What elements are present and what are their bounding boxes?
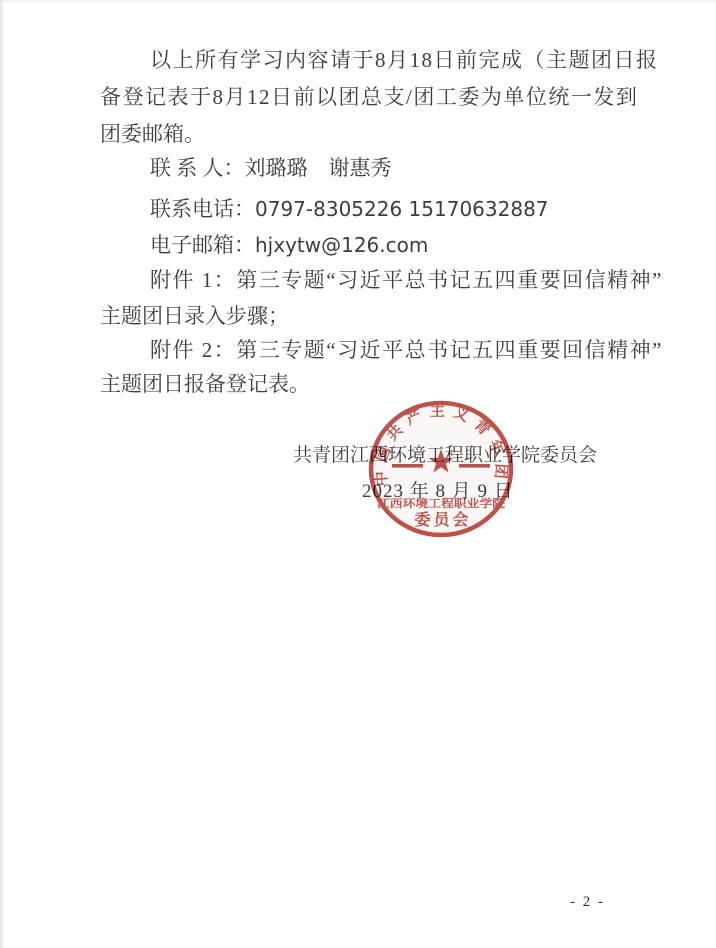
contact-email-value: hjxytw@126.com	[255, 233, 428, 257]
contact-email-row: 电子邮箱：hjxytw@126.com	[150, 232, 428, 258]
contact-person-row: 联 系 人：刘璐璐 谢惠秀	[150, 155, 392, 181]
attachment1-line1: 附件 1：第三专题“习近平总书记五四重要回信精神”	[150, 267, 663, 293]
paragraph1-line3: 团委邮箱。	[100, 121, 205, 147]
paragraph1-line2: 备登记表于8月12日前以团总支/团工委为单位统一发到	[100, 84, 638, 110]
attachment1-line2: 主题团日录入步骤；	[100, 303, 289, 329]
contact-email-label: 电子邮箱：	[150, 233, 255, 257]
document-page: 以上所有学习内容请于8月18日前完成（主题团日报 备登记表于8月12日前以团总支…	[0, 0, 716, 948]
page-number: - 2 -	[570, 894, 605, 911]
seal-committee-text: 委员会	[414, 510, 471, 529]
attachment2-line1: 附件 2：第三专题“习近平总书记五四重要回信精神”	[150, 337, 663, 363]
contact-person-label: 联 系 人：	[150, 156, 245, 180]
contact-phone-value: 0797-8305226 15170632887	[255, 197, 549, 221]
contact-phone-label: 联系电话：	[150, 197, 255, 221]
contact-phone-row: 联系电话：0797-8305226 15170632887	[150, 196, 549, 222]
attachment2-line2: 主题团日报备登记表。	[100, 371, 310, 397]
paragraph1-line1: 以上所有学习内容请于8月18日前完成（主题团日报	[150, 47, 659, 73]
seal-right-bar	[459, 464, 490, 468]
official-seal: 中国共产主义青年团 江西环境工程职业学院 委员会	[366, 394, 518, 546]
contact-person-value: 刘璐璐 谢惠秀	[245, 156, 392, 180]
seal-left-bar	[392, 464, 423, 468]
seal-school-text: 江西环境工程职业学院	[376, 496, 505, 510]
